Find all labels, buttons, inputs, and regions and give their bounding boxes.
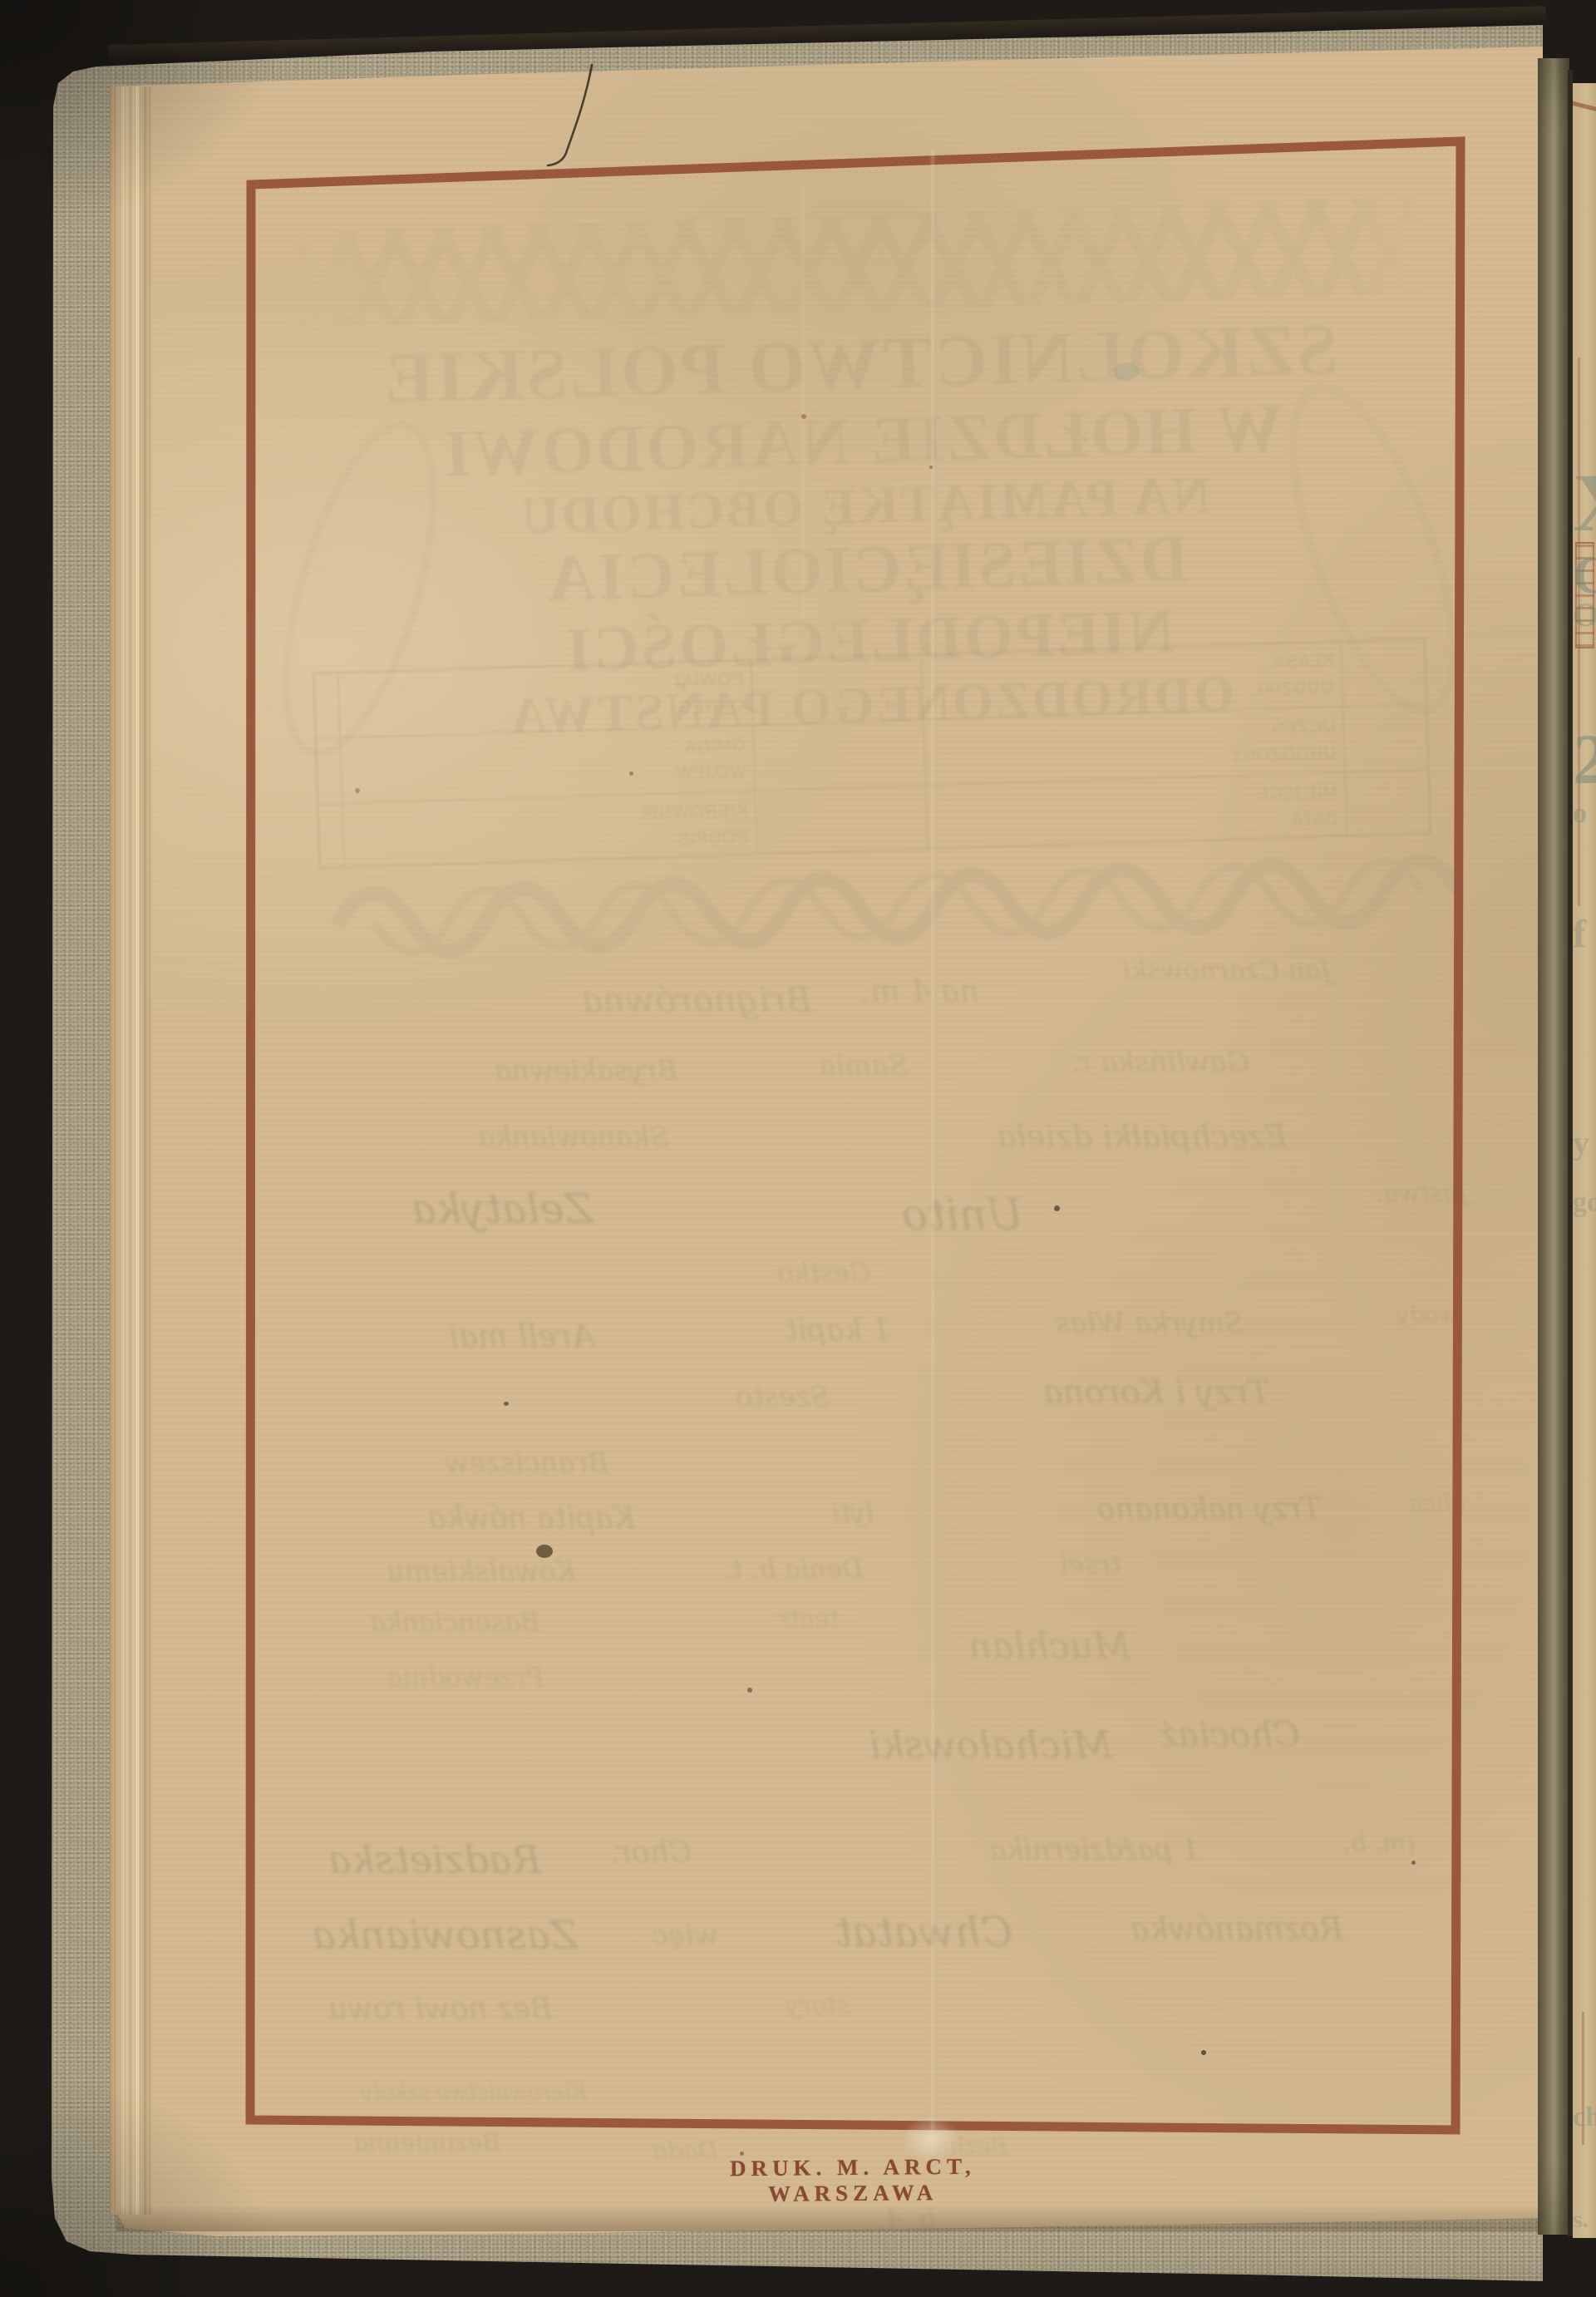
- sliver-frame-line: [1573, 101, 1596, 114]
- sliver-print-fragment: ch: [1573, 2103, 1596, 2132]
- hair-mark: [0, 0, 1596, 2297]
- book-fore-edge: [1538, 58, 1569, 2235]
- sliver-print-fragment: go: [1573, 1189, 1596, 1217]
- sliver-print-fragment: f: [1573, 914, 1596, 954]
- adjacent-page-sliver: XCO2ofygochs.: [1573, 83, 1596, 2238]
- sliver-print-fragment: 2: [1573, 723, 1596, 795]
- sliver-print-fragment: o: [1573, 800, 1596, 828]
- sliver-print-fragment: X: [1573, 461, 1596, 545]
- sliver-print-fragment: y: [1573, 1126, 1596, 1160]
- sliver-print-fragment: C: [1573, 549, 1596, 602]
- sliver-print-fragment: O: [1573, 599, 1596, 632]
- book-scan: SZKOLNICTWO POLSKIEW HOŁDZIE NARODOWINA …: [0, 0, 1596, 2297]
- sliver-print-fragment: s.: [1573, 2207, 1596, 2232]
